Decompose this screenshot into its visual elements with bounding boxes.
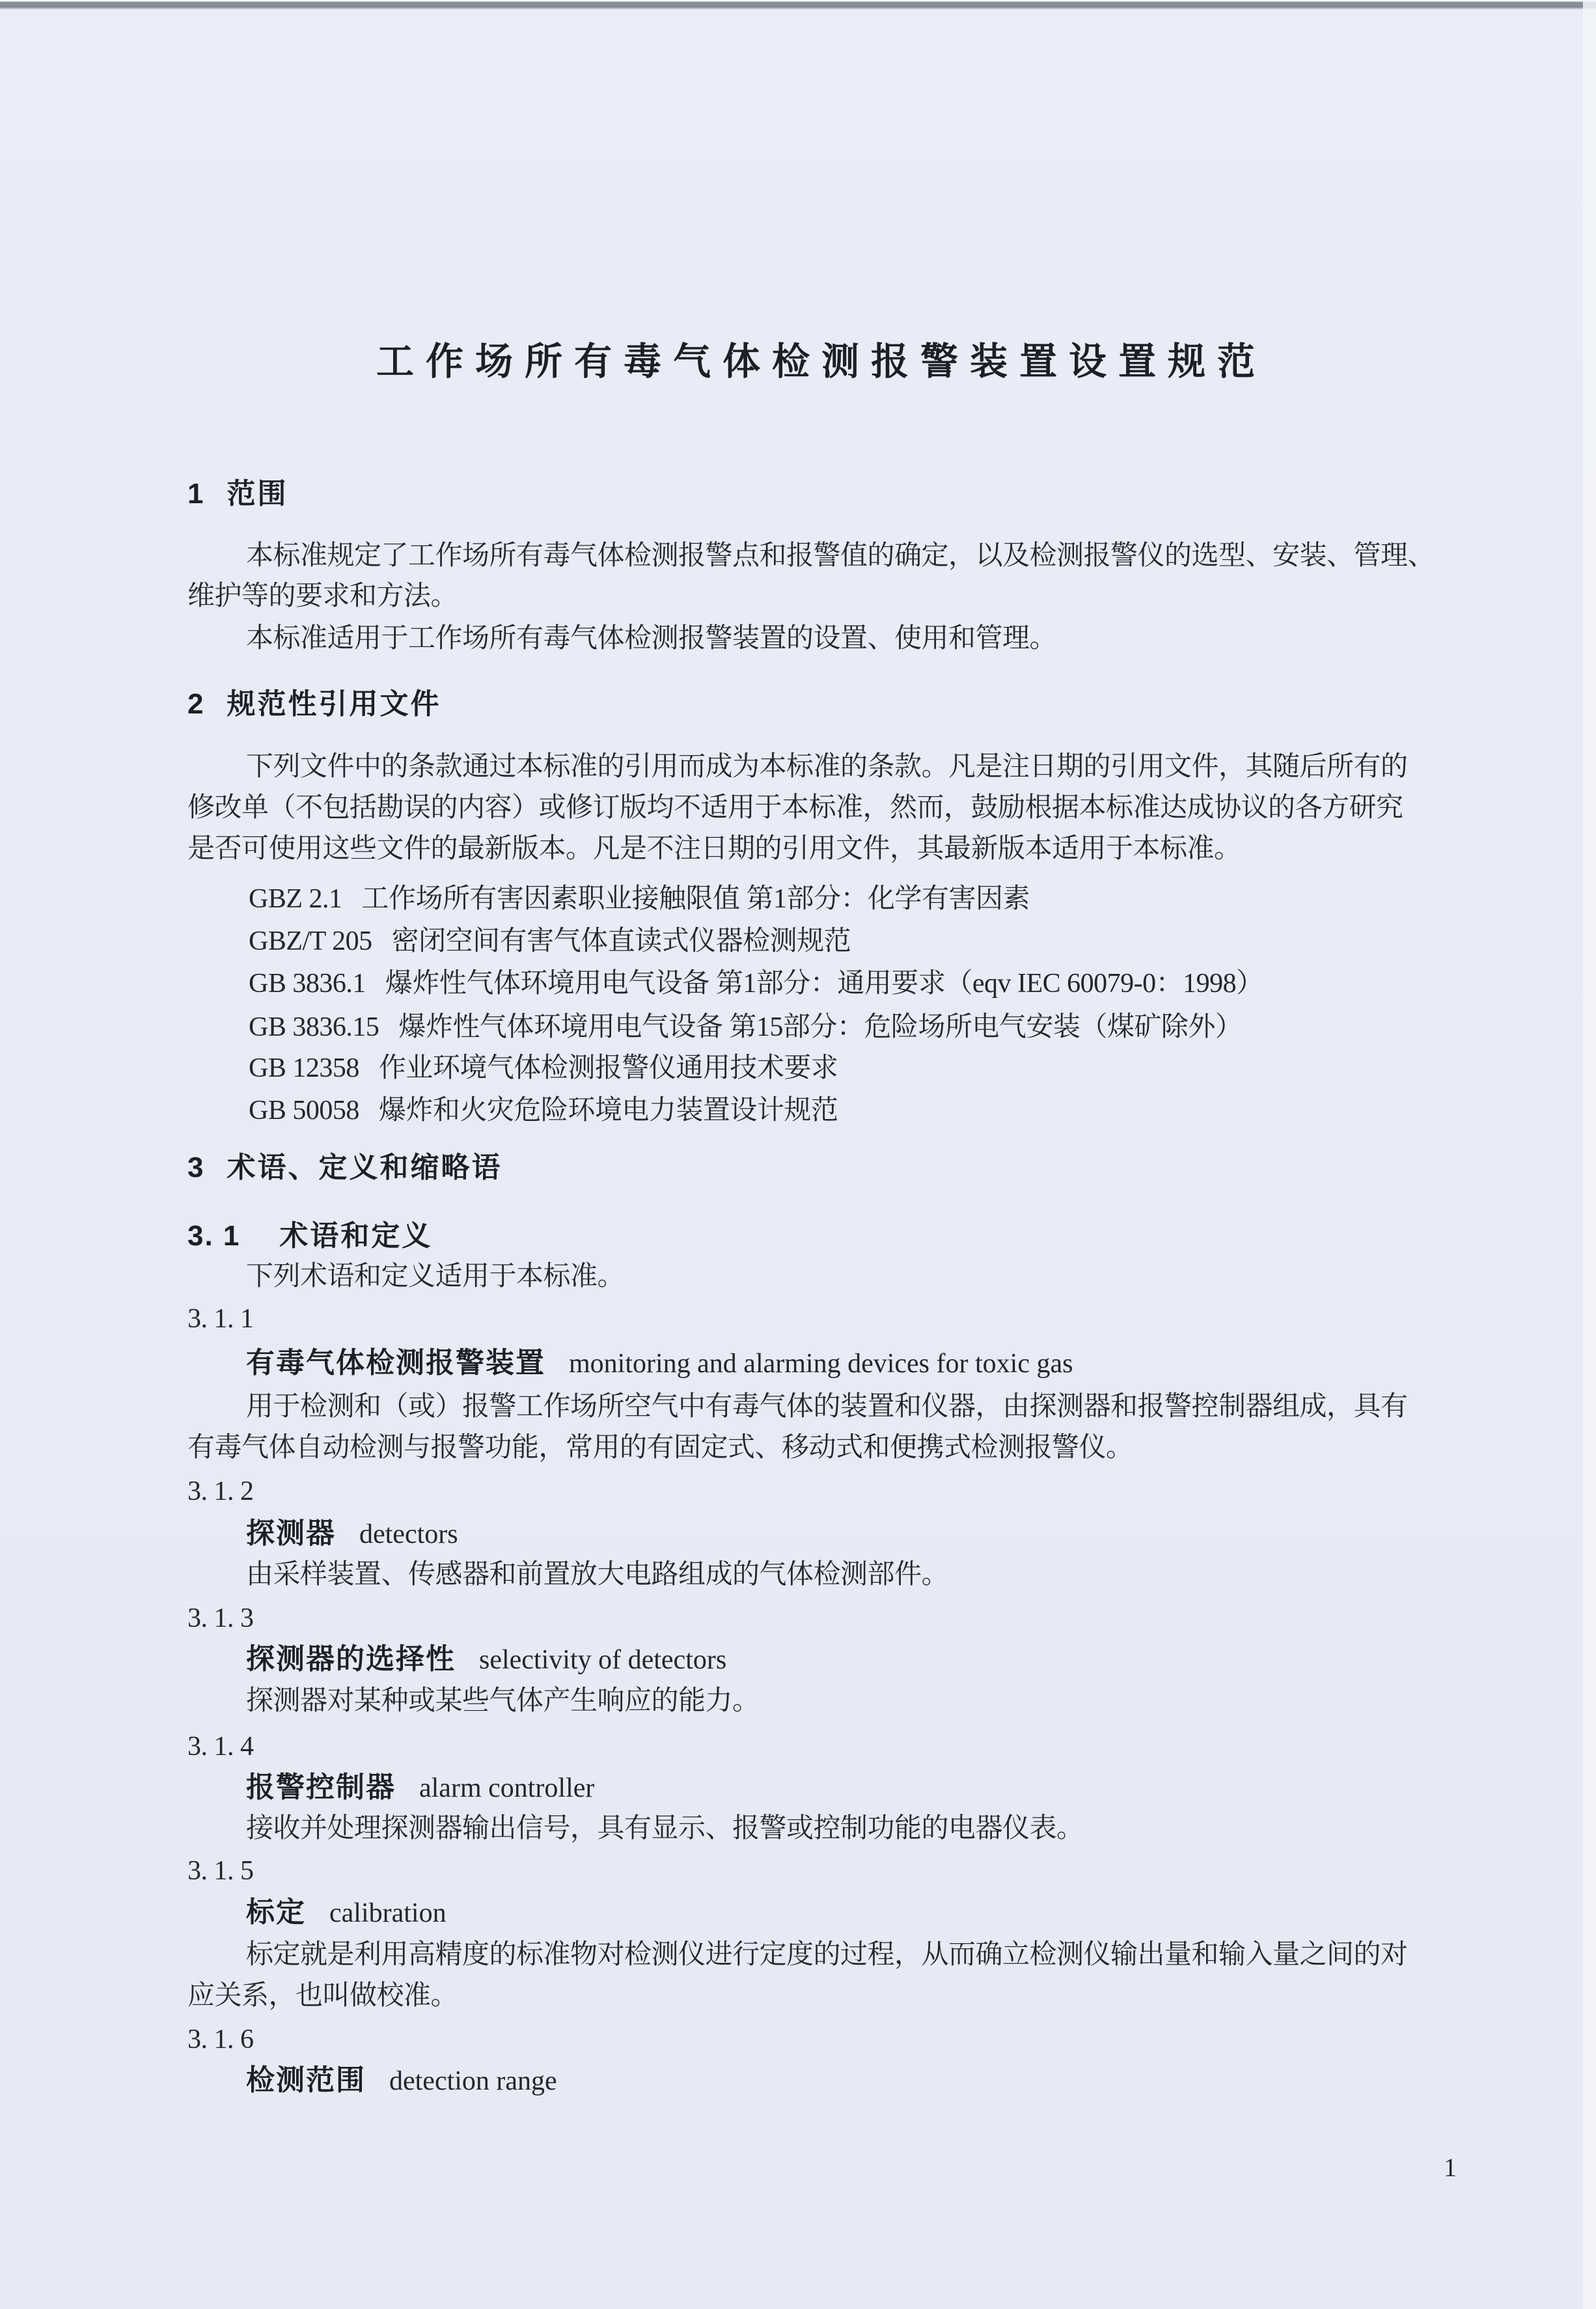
term-number: 3. 1. 2: [187, 1471, 254, 1512]
section-3-title: 术语、定义和缩略语: [227, 1152, 502, 1183]
section-1-heading: 1范围: [187, 474, 288, 514]
term-english: calibration: [329, 1898, 447, 1928]
term-number: 3. 1. 6: [187, 2019, 254, 2060]
term-english: monitoring and alarming devices for toxi…: [569, 1349, 1073, 1379]
reference-title: 作业环境气体检测报警仪通用技术要求: [379, 1053, 838, 1083]
reference-item: GBZ 2.1工作场所有害因素职业接触限值 第1部分：化学有害因素: [249, 879, 1030, 919]
reference-code: GB 3836.15: [249, 1012, 379, 1042]
term-english: detectors: [359, 1519, 458, 1549]
term-number: 3. 1. 3: [187, 1598, 254, 1638]
reference-item: GB 50058爆炸和火灾危险环境电力装置设计规范: [249, 1090, 838, 1131]
reference-title: 爆炸性气体环境用电气设备 第15部分：危险场所电气安装（煤矿除外）: [398, 1012, 1242, 1042]
section-1-paragraph-2: 本标准适用于工作场所有毒气体检测报警装置的设置、使用和管理。: [246, 618, 1056, 659]
reference-title: 密闭空间有害气体直读式仪器检测规范: [392, 926, 851, 956]
section-3-1-intro: 下列术语和定义适用于本标准。: [246, 1256, 624, 1297]
term-chinese: 标定: [246, 1896, 306, 1928]
section-2-intro-line-2: 修改单（不包括勘误的内容）或修订版均不适用于本标准，然而，鼓励根据本标准达成协议…: [187, 788, 1403, 828]
section-1-paragraph-1-line-1: 本标准规定了工作场所有毒气体检测报警点和报警值的确定，以及检测报警仪的选型、安装…: [246, 536, 1435, 576]
section-2-number: 2: [187, 688, 203, 720]
section-2-intro-line-3: 是否可使用这些文件的最新版本。凡是不注日期的引用文件，其最新版本适用于本标准。: [187, 829, 1241, 869]
reference-item: GB 12358作业环境气体检测报警仪通用技术要求: [249, 1048, 838, 1088]
term-english: selectivity of detectors: [479, 1645, 726, 1675]
reference-title: 爆炸和火灾危险环境电力装置设计规范: [379, 1096, 838, 1126]
reference-code: GB 12358: [249, 1053, 359, 1083]
reference-title: 工作场所有害因素职业接触限值 第1部分：化学有害因素: [362, 884, 1030, 914]
section-3-1-number: 3. 1: [187, 1220, 240, 1252]
term-definition-line: 标定就是利用高精度的标准物对检测仪进行定度的过程，从而确立检测仪输出量和输入量之…: [246, 1935, 1408, 1975]
scan-top-edge: [0, 0, 1596, 10]
term-definition-line: 用于检测和（或）报警工作场所空气中有毒气体的装置和仪器，由探测器和报警控制器组成…: [246, 1387, 1408, 1427]
section-2-intro-line-1: 下列文件中的条款通过本标准的引用而成为本标准的条款。凡是注日期的引用文件，其随后…: [246, 747, 1408, 787]
scanned-document-page: 工作场所有毒气体检测报警装置设置规范 1范围 本标准规定了工作场所有毒气体检测报…: [0, 0, 1596, 2309]
reference-item: GB 3836.1爆炸性气体环境用电气设备 第1部分：通用要求（eqv IEC …: [249, 963, 1263, 1004]
section-1-number: 1: [187, 478, 203, 510]
reference-code: GBZ 2.1: [249, 884, 342, 914]
document-title: 工作场所有毒气体检测报警装置设置规范: [23, 337, 1596, 387]
section-3-1-title: 术语和定义: [279, 1220, 432, 1252]
reference-title: 爆炸性气体环境用电气设备 第1部分：通用要求（eqv IEC 60079-0：1…: [385, 969, 1263, 999]
reference-code: GB 3836.1: [249, 969, 366, 999]
term-definition-line: 探测器对某种或某些气体产生响应的能力。: [246, 1681, 760, 1721]
term-entry: 检测范围detection range: [246, 2060, 557, 2101]
reference-item: GBZ/T 205密闭空间有害气体直读式仪器检测规范: [249, 921, 851, 961]
section-3-number: 3: [187, 1152, 203, 1183]
term-number: 3. 1. 5: [187, 1851, 254, 1891]
term-english: alarm controller: [419, 1773, 594, 1803]
section-1-title: 范围: [227, 478, 288, 510]
term-number: 3. 1. 1: [187, 1299, 254, 1339]
term-chinese: 报警控制器: [246, 1771, 396, 1803]
term-entry: 报警控制器alarm controller: [246, 1767, 594, 1808]
section-3-heading: 3术语、定义和缩略语: [187, 1148, 502, 1188]
section-2-heading: 2规范性引用文件: [187, 684, 441, 725]
term-english: detection range: [389, 2066, 557, 2096]
term-entry: 探测器detectors: [246, 1514, 458, 1555]
term-chinese: 有毒气体检测报警装置: [246, 1347, 545, 1379]
term-entry: 探测器的选择性selectivity of detectors: [246, 1639, 726, 1680]
term-definition-line: 由采样装置、传感器和前置放大电路组成的气体检测部件。: [246, 1555, 948, 1595]
reference-item: GB 3836.15爆炸性气体环境用电气设备 第15部分：危险场所电气安装（煤矿…: [249, 1007, 1242, 1047]
section-2-title: 规范性引用文件: [227, 688, 441, 720]
term-chinese: 探测器: [246, 1517, 336, 1549]
term-chinese: 探测器的选择性: [246, 1643, 456, 1675]
term-entry: 标定calibration: [246, 1892, 447, 1933]
section-3-1-heading: 3. 1术语和定义: [187, 1216, 432, 1256]
term-definition-line: 接收并处理探测器输出信号，具有显示、报警或控制功能的电器仪表。: [246, 1808, 1084, 1849]
term-definition-line: 应关系，也叫做校准。: [187, 1976, 458, 2016]
term-definition-line: 有毒气体自动检测与报警功能，常用的有固定式、移动式和便携式检测报警仪。: [187, 1428, 1133, 1468]
section-1-paragraph-1-line-2: 维护等的要求和方法。: [187, 576, 458, 616]
reference-code: GBZ/T 205: [249, 926, 372, 956]
term-chinese: 检测范围: [246, 2064, 366, 2096]
term-number: 3. 1. 4: [187, 1726, 254, 1767]
term-entry: 有毒气体检测报警装置monitoring and alarming device…: [246, 1343, 1073, 1384]
reference-code: GB 50058: [249, 1096, 359, 1126]
page-number: 1: [1444, 2151, 1457, 2184]
